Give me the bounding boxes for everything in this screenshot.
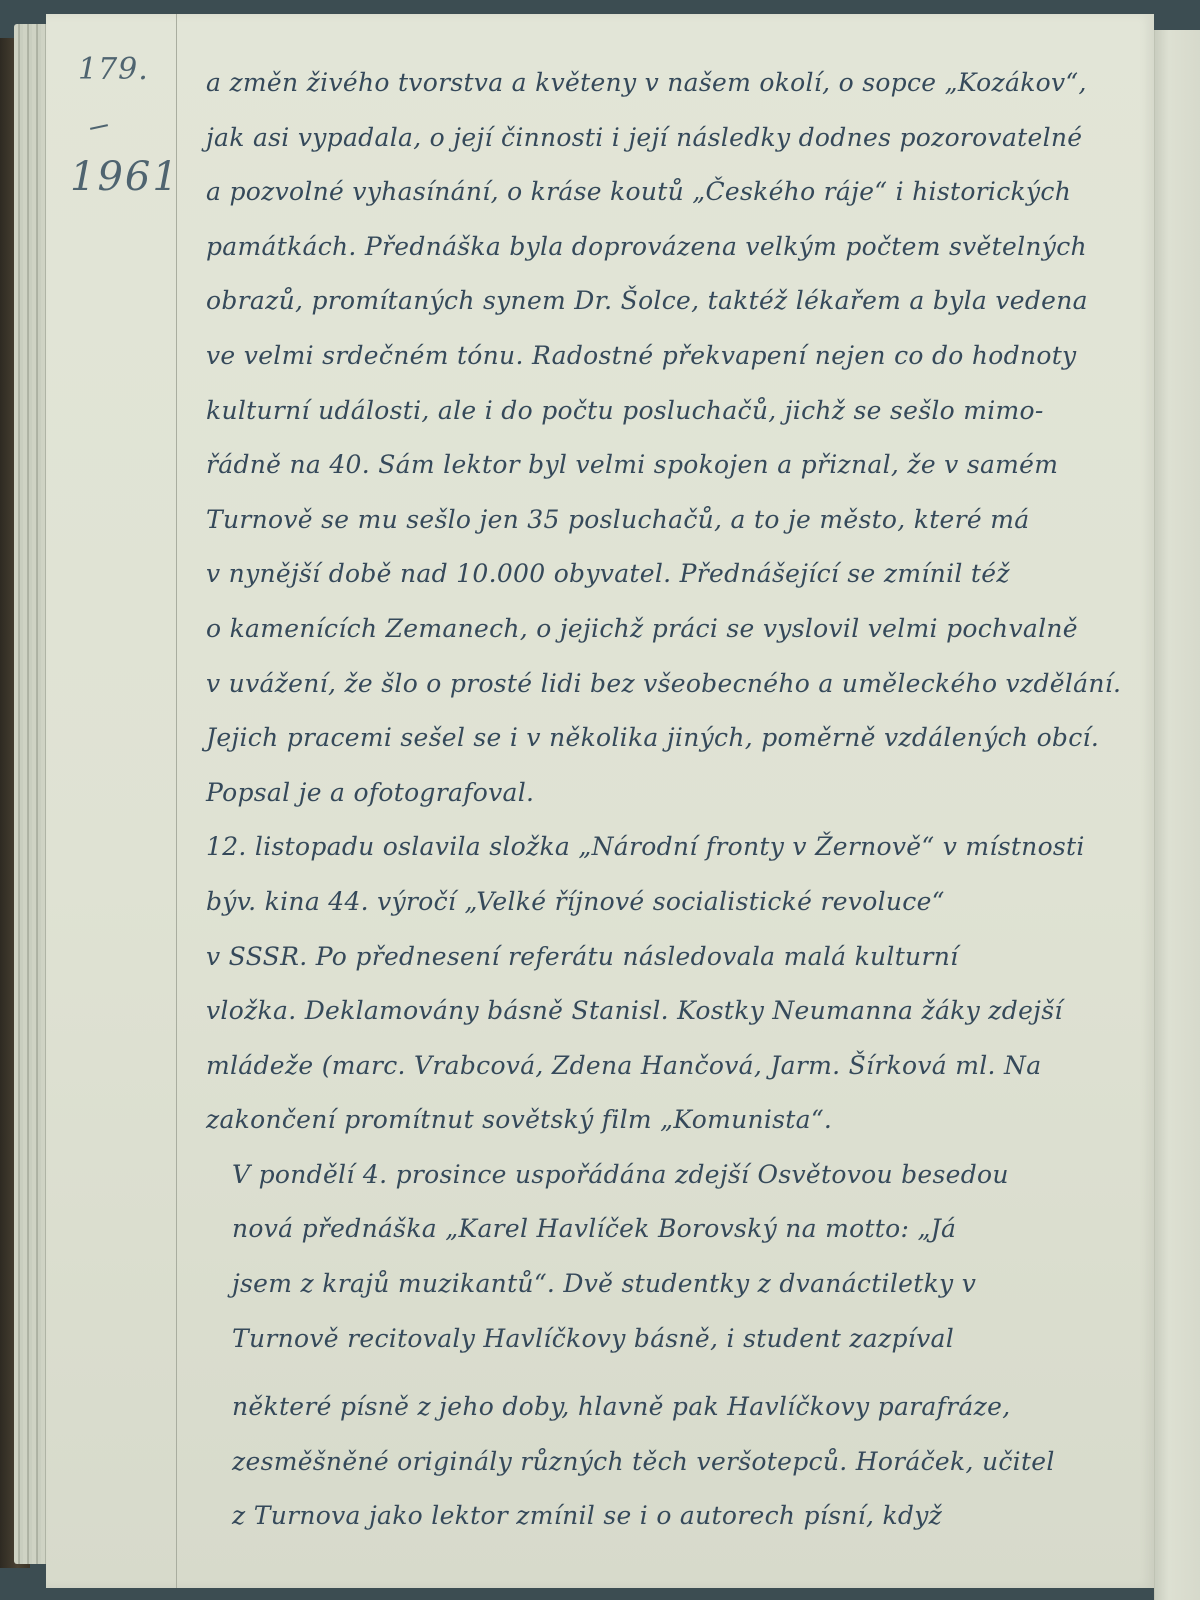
page-number: 179. xyxy=(78,52,149,87)
margin-rule xyxy=(176,14,177,1588)
text-line: řádně na 40. Sám lektor byl velmi spokoj… xyxy=(206,438,1106,493)
text-line: o kamenících Zemanech, o jejichž práci s… xyxy=(206,602,1106,657)
handwritten-text: a změn živého tvorstva a květeny v našem… xyxy=(206,56,1106,1544)
text-line: zakončení promítnut sovětský film „Komun… xyxy=(206,1093,1106,1148)
text-line: některé písně z jeho doby, hlavně pak Ha… xyxy=(206,1380,1106,1435)
text-line: Turnově se mu sešlo jen 35 posluchačů, a… xyxy=(206,493,1106,548)
text-line: Popsal je a ofotografoval. xyxy=(206,766,1106,821)
text-line: zesměšněné originály různých těch veršot… xyxy=(206,1435,1106,1490)
text-line: a pozvolné vyhasínání, o kráse koutů „Če… xyxy=(206,165,1106,220)
left-margin: 179. 1961 xyxy=(46,14,176,1588)
text-line: obrazů, promítaných synem Dr. Šolce, tak… xyxy=(206,274,1106,329)
text-line: Jejich pracemi sešel se i v několika jin… xyxy=(206,711,1106,766)
text-line: ve velmi srdečném tónu. Radostné překvap… xyxy=(206,329,1106,384)
text-line: vložka. Deklamovány básně Stanisl. Kostk… xyxy=(206,984,1106,1039)
text-line: v SSSR. Po přednesení referátu následova… xyxy=(206,930,1106,985)
text-line: 12. listopadu oslavila složka „Národní f… xyxy=(206,820,1106,875)
text-line: nová přednáška „Karel Havlíček Borovský … xyxy=(206,1202,1106,1257)
margin-dash xyxy=(90,124,108,130)
page-edges xyxy=(14,24,50,1564)
text-line: Turnově recitovaly Havlíčkovy básně, i s… xyxy=(206,1312,1106,1367)
text-line: jak asi vypadala, o její činnosti i její… xyxy=(206,111,1106,166)
margin-year: 1961 xyxy=(70,154,180,200)
text-line: a změn živého tvorstva a květeny v našem… xyxy=(206,56,1106,111)
text-line: v uvážení, že šlo o prosté lidi bez všeo… xyxy=(206,657,1106,712)
text-line: památkách. Přednáška byla doprovázena ve… xyxy=(206,220,1106,275)
facing-page-edge xyxy=(1154,30,1200,1600)
text-line: jsem z krajů muzikantů“. Dvě studentky z… xyxy=(206,1257,1106,1312)
text-line: býv. kina 44. výročí „Velké říjnové soci… xyxy=(206,875,1106,930)
text-line: V pondělí 4. prosince uspořádána zdejší … xyxy=(206,1148,1106,1203)
text-line: v nynější době nad 10.000 obyvatel. Před… xyxy=(206,547,1106,602)
text-line: mládeže (marc. Vrabcová, Zdena Hančová, … xyxy=(206,1039,1106,1094)
text-line: kulturní události, ale i do počtu posluc… xyxy=(206,384,1106,439)
text-line: z Turnova jako lektor zmínil se i o auto… xyxy=(206,1489,1106,1544)
chronicle-page: 179. 1961 a změn živého tvorstva a květe… xyxy=(46,14,1154,1588)
